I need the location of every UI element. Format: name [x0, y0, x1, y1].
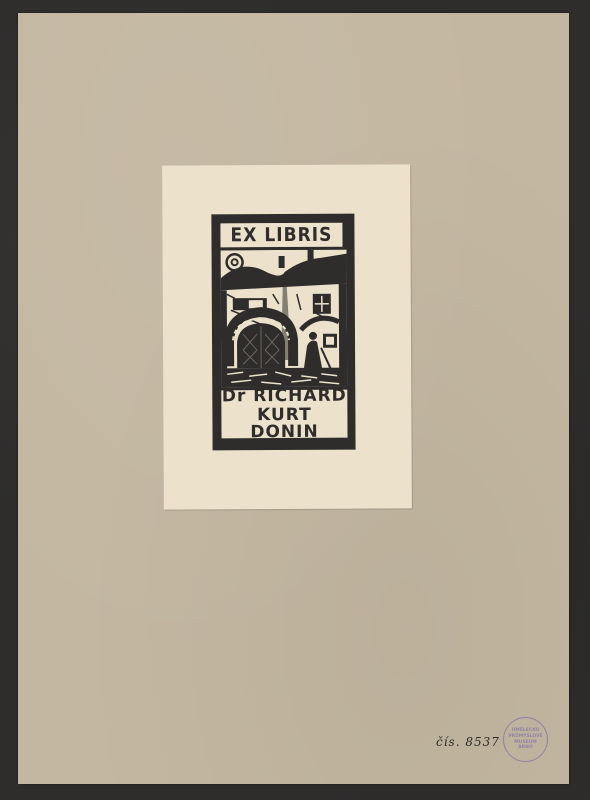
owner-line-2: KURT DONIN — [221, 406, 347, 441]
owner-line-1: Dr RICHARD — [221, 387, 347, 405]
stamp-line-4: BRNO — [504, 745, 547, 751]
ex-libris-header: EX LIBRIS — [220, 223, 342, 248]
house-gateway-illustration — [221, 250, 348, 388]
inventory-number: čís. 8537 — [436, 735, 500, 749]
owner-name-panel: Dr RICHARD KURT DONIN — [221, 390, 347, 439]
bookplate-card: EX LIBRIS — [162, 164, 412, 509]
woodcut-print: EX LIBRIS — [211, 214, 355, 451]
museum-stamp: UMĚLECKO PRŮMYSLOVÉ MUSEUM BRNO — [503, 717, 548, 762]
